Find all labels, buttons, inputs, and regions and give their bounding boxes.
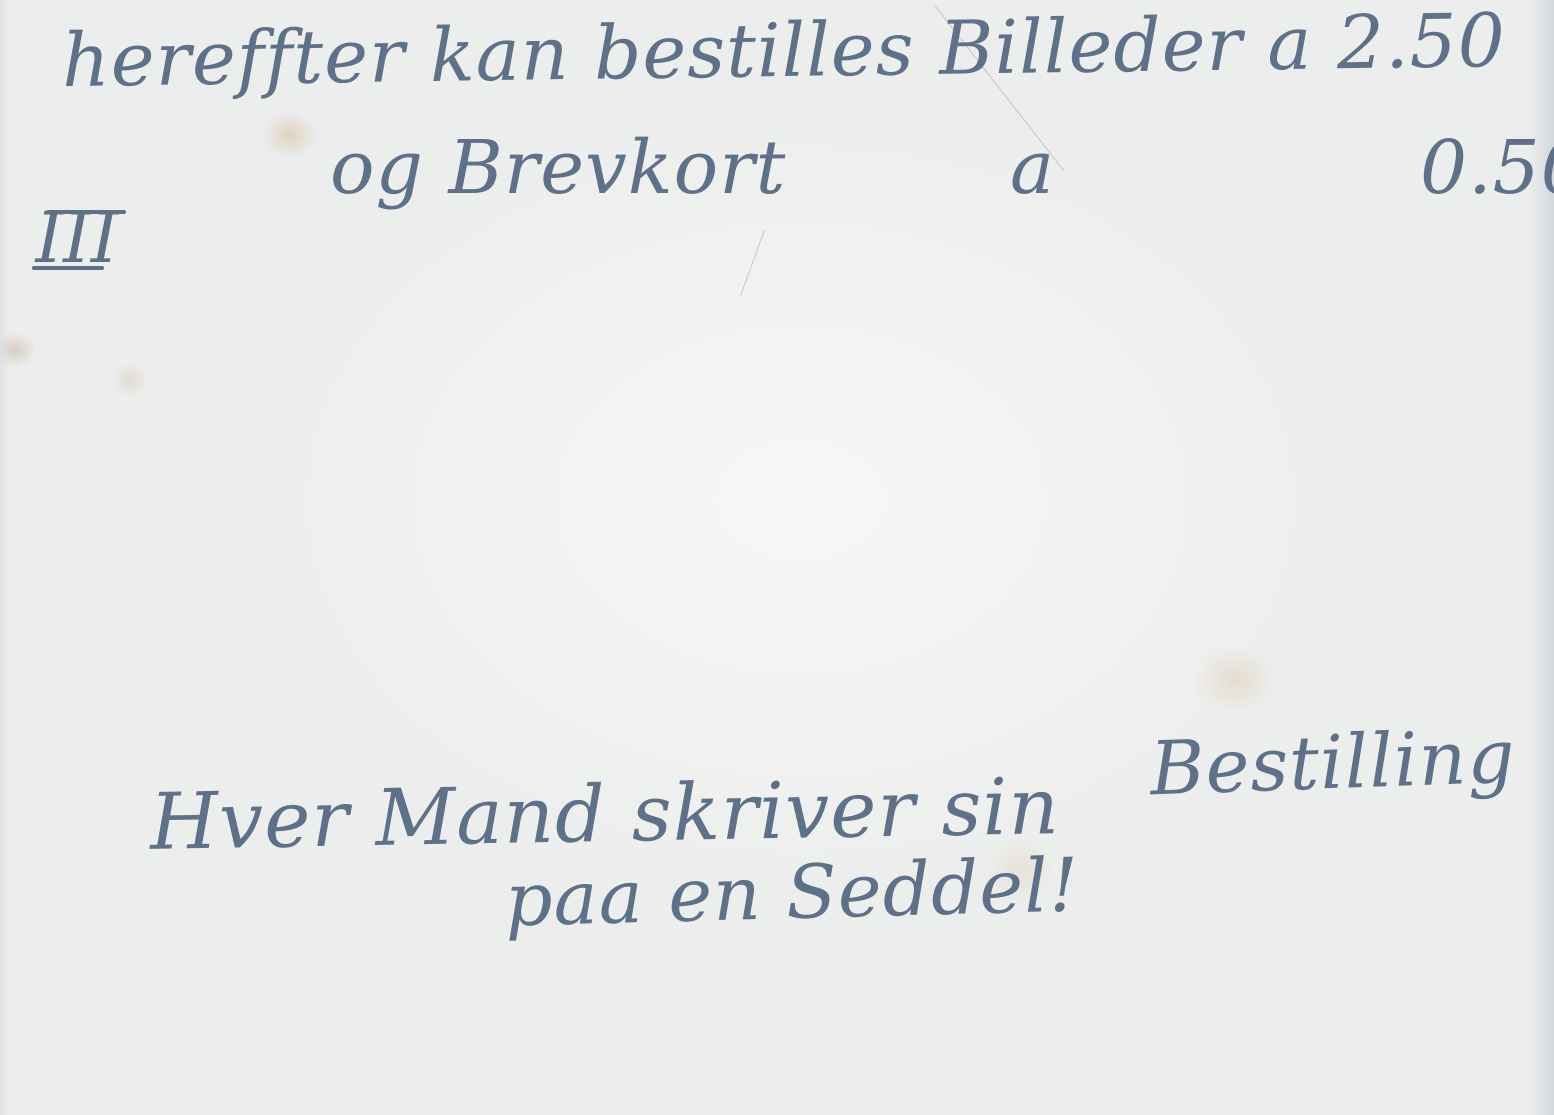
brevkort-label: og Brevkort [330, 125, 786, 211]
brevkort-price: 0.50 [1420, 125, 1554, 211]
handwritten-line-seddel: paa en Seddel! [504, 842, 1081, 943]
roman-numeral-marker: III [22, 198, 132, 278]
handwritten-line-brevkort-price: og Brevkort a 0.50 [330, 125, 786, 211]
handwritten-word-bestilling: Bestilling [1149, 714, 1517, 813]
price-prefix-a: a [1010, 125, 1055, 211]
paper-left-edge [0, 0, 10, 1115]
